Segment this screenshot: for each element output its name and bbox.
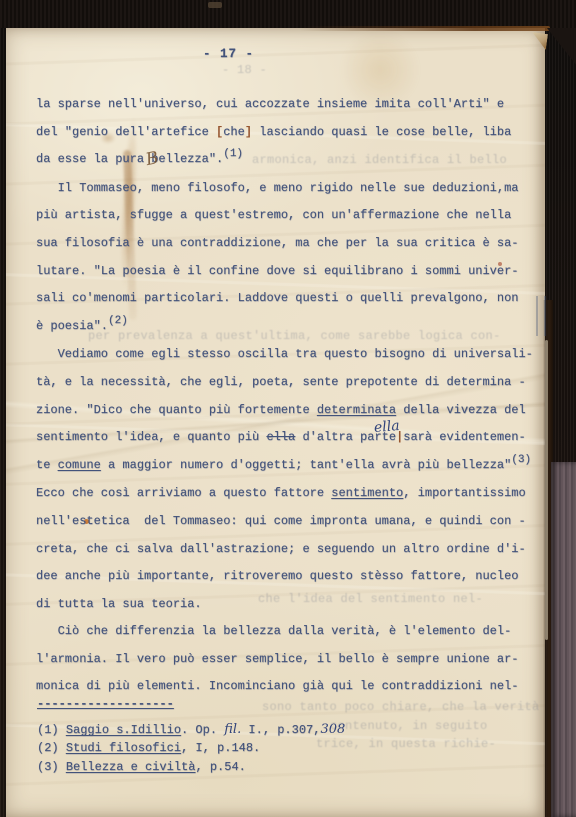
scan-border-top xyxy=(0,0,576,28)
typewritten-line: tà, e la necessità, che egli, poeta, sen… xyxy=(36,369,541,397)
typewritten-line: lutare. "La poesia è il confine dove si … xyxy=(36,258,541,286)
typewritten-line: sentimento l'idea, e quanto più ella d'a… xyxy=(36,424,541,452)
typewritten-line-segment: lasciando quasi le cose belle, liba xyxy=(252,125,511,139)
footnote-line: (3) Bellezza e civiltà, p.54. xyxy=(37,758,537,776)
typewritten-line-segment: Ciò che differenzia la bellezza dalla ve… xyxy=(36,624,511,638)
page-number: - 17 - xyxy=(203,47,254,61)
scan-border-notch xyxy=(208,2,222,8)
typewritten-line-segment: sarà evidentemen- xyxy=(403,430,525,444)
footnote-line-segment: , I, p.148. xyxy=(181,741,260,755)
dogear-corner-cut xyxy=(517,28,576,66)
typewritten-line-u-segment: determinata xyxy=(317,403,396,417)
typewritten-line-segment: Vediamo come egli stesso oscilla tra que… xyxy=(36,347,533,361)
footnote-line-u-segment: Saggio s.Idillio xyxy=(66,723,181,737)
typewritten-line-segment: che xyxy=(223,125,245,139)
footnotes-block: (1) Saggio s.Idillio. Op. fil. I., p.307… xyxy=(37,721,537,776)
typewritten-line-segment: monica di più elementi. Incominciano già… xyxy=(36,679,518,693)
footnote-line: (2) Studi filosofici, I, p.148. xyxy=(37,739,537,757)
typewritten-body: la sparse nell'universo, cui accozzate i… xyxy=(36,91,541,701)
typewritten-line: di tutta la sua teoria. xyxy=(36,591,541,619)
handwritten-annotation: ella xyxy=(373,418,400,436)
typewritten-line-segment: di tutta la sua teoria. xyxy=(36,597,202,611)
typewritten-line-segment: zione. "Dico che quanto più fortemente xyxy=(36,403,317,417)
ghost-bleed-through-text: - 18 - xyxy=(222,63,267,77)
footnote-line-hand-segment: 308 xyxy=(320,722,345,737)
typewritten-line: Vediamo come egli stesso oscilla tra que… xyxy=(36,341,541,369)
typewritten-line-sup-segment: (3) xyxy=(511,454,531,466)
typewritten-line-segment: dee anche più importante, ritroveremo qu… xyxy=(36,569,518,583)
typewritten-line: creta, che ci salva dall'astrazione; e s… xyxy=(36,536,541,564)
typewritten-line-bracket-segment: ] xyxy=(245,125,252,139)
scanned-manuscript-page: - 17 - - 18 -armonica, anzi identifica i… xyxy=(0,0,576,817)
typewritten-line: nell'estetica del Tommaseo: qui come imp… xyxy=(36,508,541,536)
typewritten-line-segment: lutare. "La poesia è il confine dove si … xyxy=(36,264,518,278)
footnote-line-segment: , p.54. xyxy=(195,760,245,774)
typewritten-line: da esse la pura bellezza".(1) xyxy=(36,146,541,175)
typewritten-line: Ciò che differenzia la bellezza dalla ve… xyxy=(36,618,541,646)
typewritten-line: sua filosofia è una contraddizione, ma c… xyxy=(36,230,541,258)
typewritten-line-segment: sua filosofia è una contraddizione, ma c… xyxy=(36,236,518,250)
underlying-page-edge xyxy=(545,340,548,640)
footnote-line-u-segment: Bellezza e civiltà xyxy=(66,760,196,774)
typewritten-line: l'armonia. Il vero può esser semplice, i… xyxy=(36,646,541,674)
typewritten-line-segment: la sparse nell'universo, cui accozzate i… xyxy=(36,97,504,111)
footnote-separator: ------------------- xyxy=(37,697,174,711)
typewritten-line: te comune a maggior numero d'oggetti; ta… xyxy=(36,452,541,481)
typewritten-line: del "genio dell'artefice [che] lasciando… xyxy=(36,119,541,147)
typewritten-line-segment: nell'estetica del Tommaseo: qui come imp… xyxy=(36,514,526,528)
ghost-bleed-through-text: sono tanto poco chiare, che la verità xyxy=(262,700,540,714)
typewritten-line: più artista, sfugge a quest'estremo, con… xyxy=(36,202,541,230)
paper-burnt-edge xyxy=(300,26,550,31)
typewritten-line-s-segment: ella xyxy=(266,430,295,444)
footnote-line: (1) Saggio s.Idillio. Op. fil. I., p.307… xyxy=(37,721,537,739)
typewritten-line: è poesia".(2) xyxy=(36,313,541,342)
typewritten-line-segment: creta, che ci salva dall'astrazione; e s… xyxy=(36,542,526,556)
footnote-line-segment: . Op. xyxy=(181,723,224,737)
typewritten-line: Ecco che così arriviamo a questo fattore… xyxy=(36,480,541,508)
typewritten-line: dee anche più importante, ritroveremo qu… xyxy=(36,563,541,591)
typewritten-line-segment: è poesia". xyxy=(36,319,108,333)
typewritten-line-segment: da esse la pura bellezza". xyxy=(36,152,223,166)
footnote-line-segment: (1) xyxy=(37,723,66,737)
typewritten-line: Il Tommaseo, meno filosofo, e meno rigid… xyxy=(36,175,541,203)
footnote-line-segment: I., p.307, xyxy=(241,723,320,737)
typewritten-line-segment: del "genio dell'artefice xyxy=(36,125,216,139)
book-cover-edge xyxy=(551,462,576,817)
typewritten-line: zione. "Dico che quanto più fortemente d… xyxy=(36,397,541,425)
typewritten-line-segment: Ecco che così arriviamo a questo fattore xyxy=(36,486,331,500)
typewritten-line-segment: , importantissimo xyxy=(403,486,525,500)
typewritten-line: sali co'menomi particolari. Laddove ques… xyxy=(36,285,541,313)
typewritten-line-segment: della vivezza del xyxy=(396,403,526,417)
typewritten-line-u-segment: comune xyxy=(58,458,101,472)
typewritten-line: la sparse nell'universo, cui accozzate i… xyxy=(36,91,541,119)
typewritten-line-segment: tà, e la necessità, che egli, poeta, sen… xyxy=(36,375,526,389)
footnote-line-hand-segment: fil. xyxy=(224,722,241,737)
footnote-line-u-segment: Studi filosofici xyxy=(66,741,181,755)
typewritten-line-segment: Il Tommaseo, meno filosofo, e meno rigid… xyxy=(36,181,518,195)
footnote-line-segment: (2) xyxy=(37,741,66,755)
typewritten-line-segment: a maggior numero d'oggetti; tant'ella av… xyxy=(101,458,511,472)
typewritten-line-sup-segment: (2) xyxy=(108,315,128,327)
typewritten-line-segment: più artista, sfugge a quest'estremo, con… xyxy=(36,208,511,222)
typewritten-line-segment: sali co'menomi particolari. Laddove ques… xyxy=(36,291,518,305)
footnote-line-segment: (3) xyxy=(37,760,66,774)
typewritten-line-sup-segment: (1) xyxy=(223,148,243,160)
typewritten-line-segment: l'armonia. Il vero può esser semplice, i… xyxy=(36,652,518,666)
typewritten-line-u-segment: sentimento xyxy=(331,486,403,500)
typewritten-line-segment: te xyxy=(36,458,58,472)
typewritten-line-segment: sentimento l'idea, e quanto più xyxy=(36,430,266,444)
